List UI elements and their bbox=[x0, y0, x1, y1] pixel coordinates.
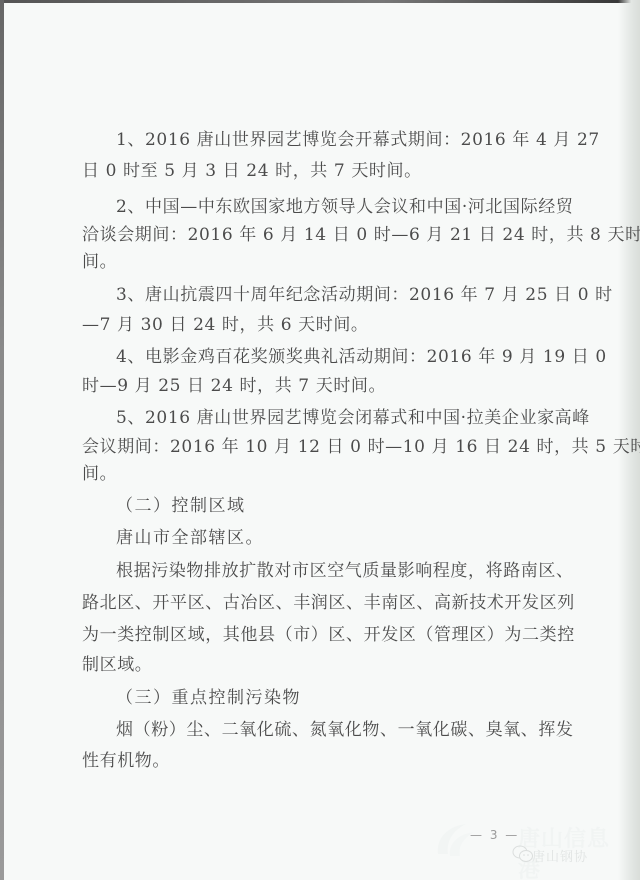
section-2-para-1: 唐山市全部辖区。 bbox=[116, 527, 562, 549]
item-3-line-1: 3、唐山抗震四十周年纪念活动期间：2016 年 7 月 25 日 0 时 bbox=[116, 284, 562, 306]
item-4-line-2: 时—9 月 25 日 24 时，共 7 天时间。 bbox=[82, 375, 562, 397]
watermark-text: 唐山钢协 bbox=[532, 846, 588, 865]
document-page: 1、2016 唐山世界园艺博览会开幕式期间：2016 年 4 月 27 日 0 … bbox=[0, 0, 640, 880]
section-3-heading: （三）重点控制污染物 bbox=[116, 687, 562, 709]
section-3-para-line-1: 烟（粉）尘、二氧化硫、氮氧化物、一氧化碳、臭氧、挥发 bbox=[116, 719, 562, 741]
section-2-para-2-line-1: 根据污染物排放扩散对市区空气质量影响程度，将路南区、 bbox=[116, 560, 562, 582]
item-1-line-1: 1、2016 唐山世界园艺博览会开幕式期间：2016 年 4 月 27 bbox=[116, 129, 562, 151]
section-2-para-2-line-2: 路北区、开平区、古冶区、丰润区、丰南区、高新技术开发区列 bbox=[82, 592, 562, 614]
watermark: 唐山信息港 唐山钢协 bbox=[432, 820, 632, 870]
wechat-icon bbox=[512, 844, 534, 864]
section-2-heading: （二）控制区域 bbox=[116, 495, 562, 517]
item-3-line-2: —7 月 30 日 24 时，共 6 天时间。 bbox=[82, 314, 562, 336]
item-5-line-3: 间。 bbox=[82, 463, 562, 485]
item-2-line-3: 间。 bbox=[82, 251, 562, 273]
item-5-line-2: 会议期间：2016 年 10 月 12 日 0 时—10 月 16 日 24 时… bbox=[82, 436, 562, 458]
page-number: — 3 — bbox=[470, 828, 519, 842]
section-2-para-2-line-3: 为一类控制区域，其他县（市）区、开发区（管理区）为二类控 bbox=[82, 624, 562, 646]
section-2-para-2-line-4: 制区域。 bbox=[82, 654, 562, 676]
section-3-para-line-2: 性有机物。 bbox=[82, 750, 562, 772]
item-2-line-2: 洽谈会期间：2016 年 6 月 14 日 0 时—6 月 21 日 24 时，… bbox=[82, 224, 562, 246]
item-4-line-1: 4、电影金鸡百花奖颁奖典礼活动期间：2016 年 9 月 19 日 0 bbox=[116, 346, 562, 368]
item-1-line-2: 日 0 时至 5 月 3 日 24 时，共 7 天时间。 bbox=[82, 160, 562, 182]
item-5-line-1: 5、2016 唐山世界园艺博览会闭幕式和中国·拉美企业家高峰 bbox=[116, 407, 562, 429]
item-2-line-1: 2、中国—中东欧国家地方领导人会议和中国·河北国际经贸 bbox=[116, 196, 562, 218]
